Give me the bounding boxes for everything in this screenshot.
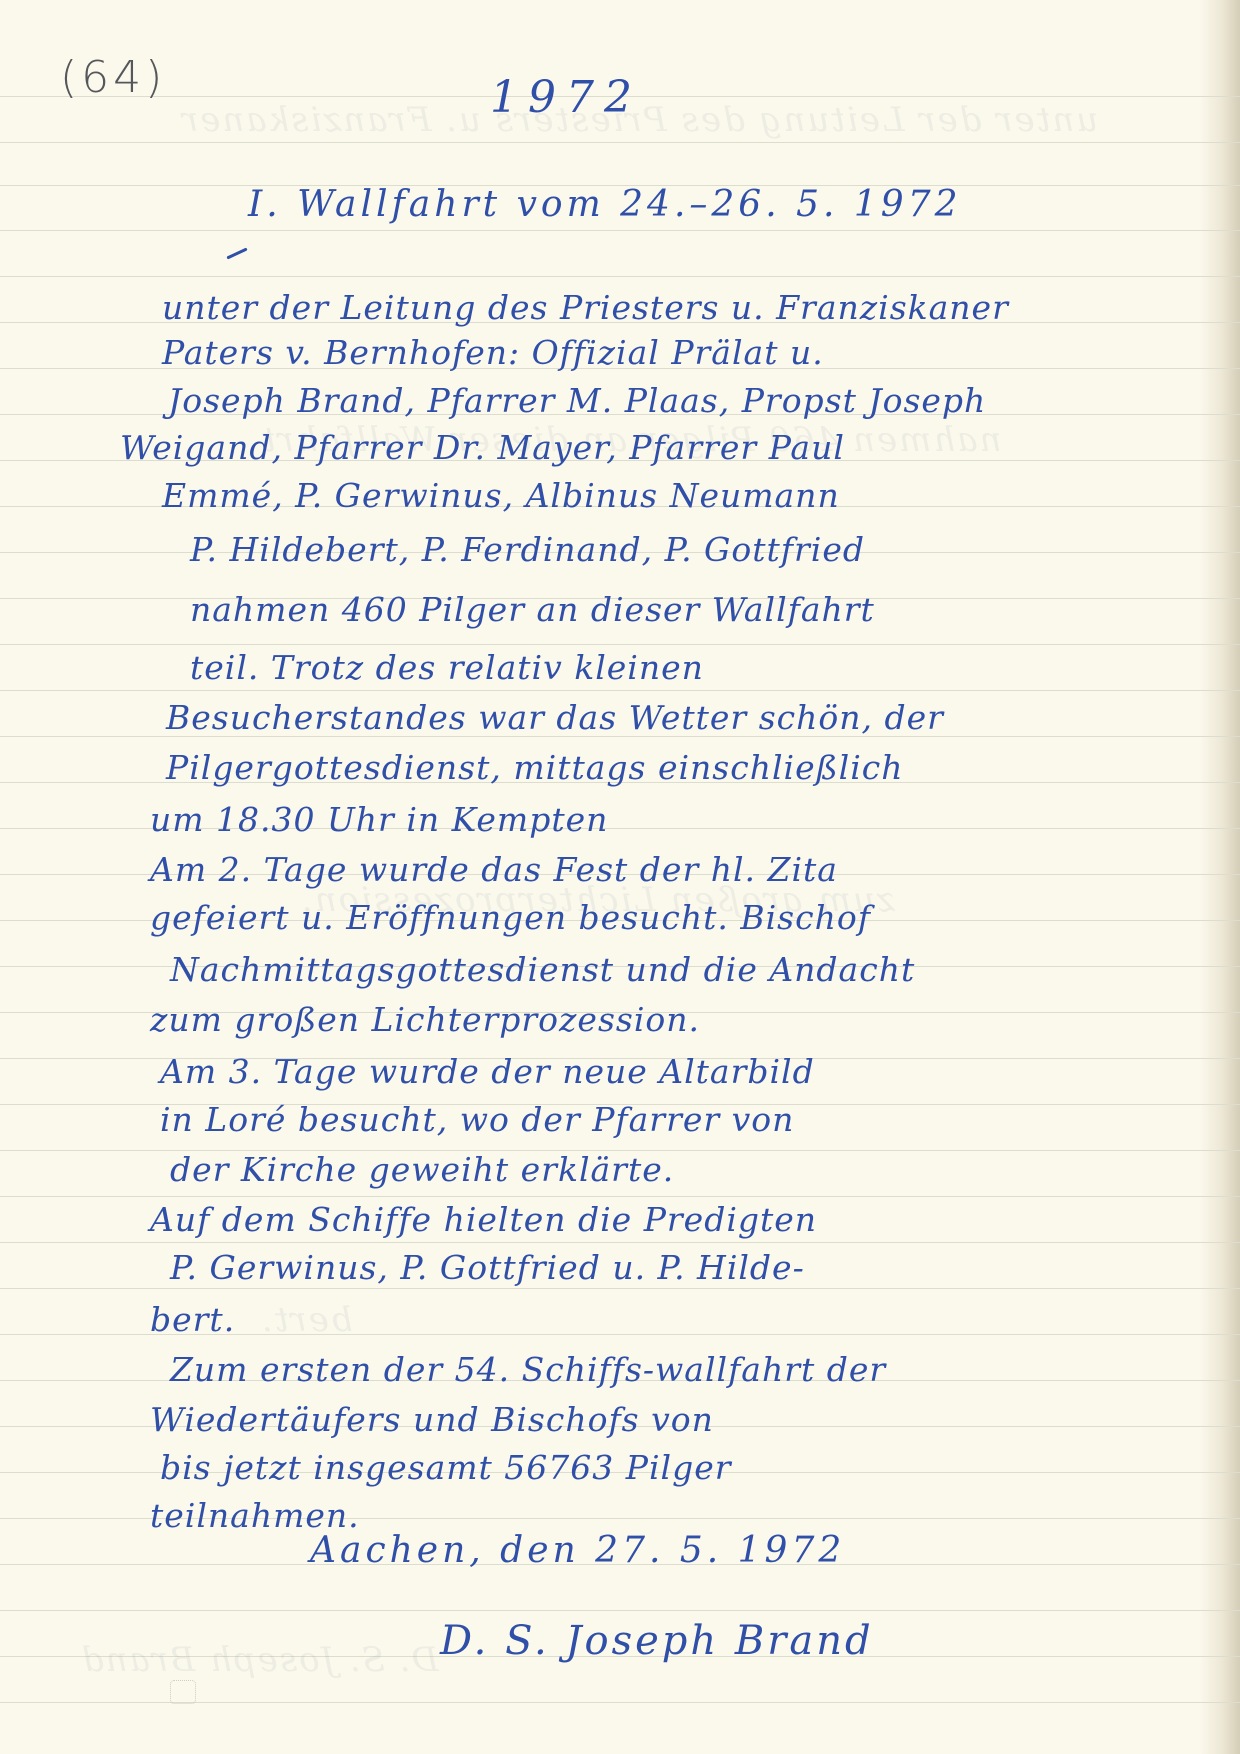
body-line: gefeiert u. Eröffnungen besucht. Bischof [150, 898, 871, 937]
body-line: Emmé, P. Gerwinus, Albinus Neumann [162, 476, 840, 515]
body-line: bis jetzt insgesamt 56763 Pilger [160, 1448, 732, 1487]
body-line: Am 3. Tage wurde der neue Altarbild [160, 1052, 815, 1091]
ruled-line [0, 1196, 1240, 1197]
bleed-through-text: bert. [260, 1300, 353, 1340]
body-line: Auf dem Schiffe hielten die Predigten [150, 1200, 817, 1239]
body-line: Joseph Brand, Pfarrer M. Plaas, Propst J… [168, 381, 986, 420]
body-line: teil. Trotz des relativ kleinen [190, 648, 704, 687]
body-line: Am 2. Tage wurde das Fest der hl. Zita [150, 850, 838, 889]
place-date: Aachen, den 27. 5. 1972 [310, 1530, 845, 1571]
bleed-through-text: D. S. Joseph Brand [80, 1640, 439, 1680]
ruled-line [0, 1242, 1240, 1243]
body-line: P. Gerwinus, P. Gottfried u. P. Hilde- [170, 1248, 805, 1287]
body-line: in Loré besucht, wo der Pfarrer von [160, 1100, 794, 1139]
page-number: (64) [60, 52, 166, 103]
body-line: nahmen 460 Pilger an dieser Wallfahrt [190, 590, 875, 629]
ruled-line [0, 1610, 1240, 1611]
ruled-line [0, 230, 1240, 231]
body-line: Besucherstandes war das Wetter schön, de… [166, 698, 944, 737]
ruled-line [0, 1288, 1240, 1289]
body-line: unter der Leitung des Priesters u. Franz… [162, 288, 1009, 327]
tick-mark [226, 247, 247, 259]
body-line: der Kirche geweiht erklärte. [170, 1150, 674, 1189]
body-line: P. Hildebert, P. Ferdinand, P. Gottfried [190, 530, 865, 569]
signature: D. S. Joseph Brand [440, 1618, 874, 1664]
ruled-line [0, 142, 1240, 143]
entry-title: I. Wallfahrt vom 24.–26. 5. 1972 [248, 184, 962, 225]
body-line: Pilgergottesdienst, mittags einschließli… [166, 748, 903, 787]
body-line: um 18.30 Uhr in Kempten [150, 800, 608, 839]
faint-stamp-mark [170, 1680, 196, 1704]
year-heading: 1972 [490, 72, 642, 123]
body-line: Nachmittagsgottesdienst und die Andacht [170, 950, 915, 989]
body-line: zum großen Lichterprozession. [150, 1000, 700, 1039]
ruled-line [0, 690, 1240, 691]
body-line: Paters v. Bernhofen: Offizial Prälat u. [162, 333, 824, 372]
body-line: Zum ersten der 54. Schiffs-wallfahrt der [170, 1350, 886, 1389]
body-line: Weigand, Pfarrer Dr. Mayer, Pfarrer Paul [120, 428, 845, 467]
ruled-line [0, 276, 1240, 277]
body-line: Wiedertäufers und Bischofs von [150, 1400, 714, 1439]
body-line: bert. [150, 1300, 235, 1339]
notebook-page: unter der Leitung des Priesters u. Franz… [0, 0, 1240, 1754]
ruled-line [0, 644, 1240, 645]
